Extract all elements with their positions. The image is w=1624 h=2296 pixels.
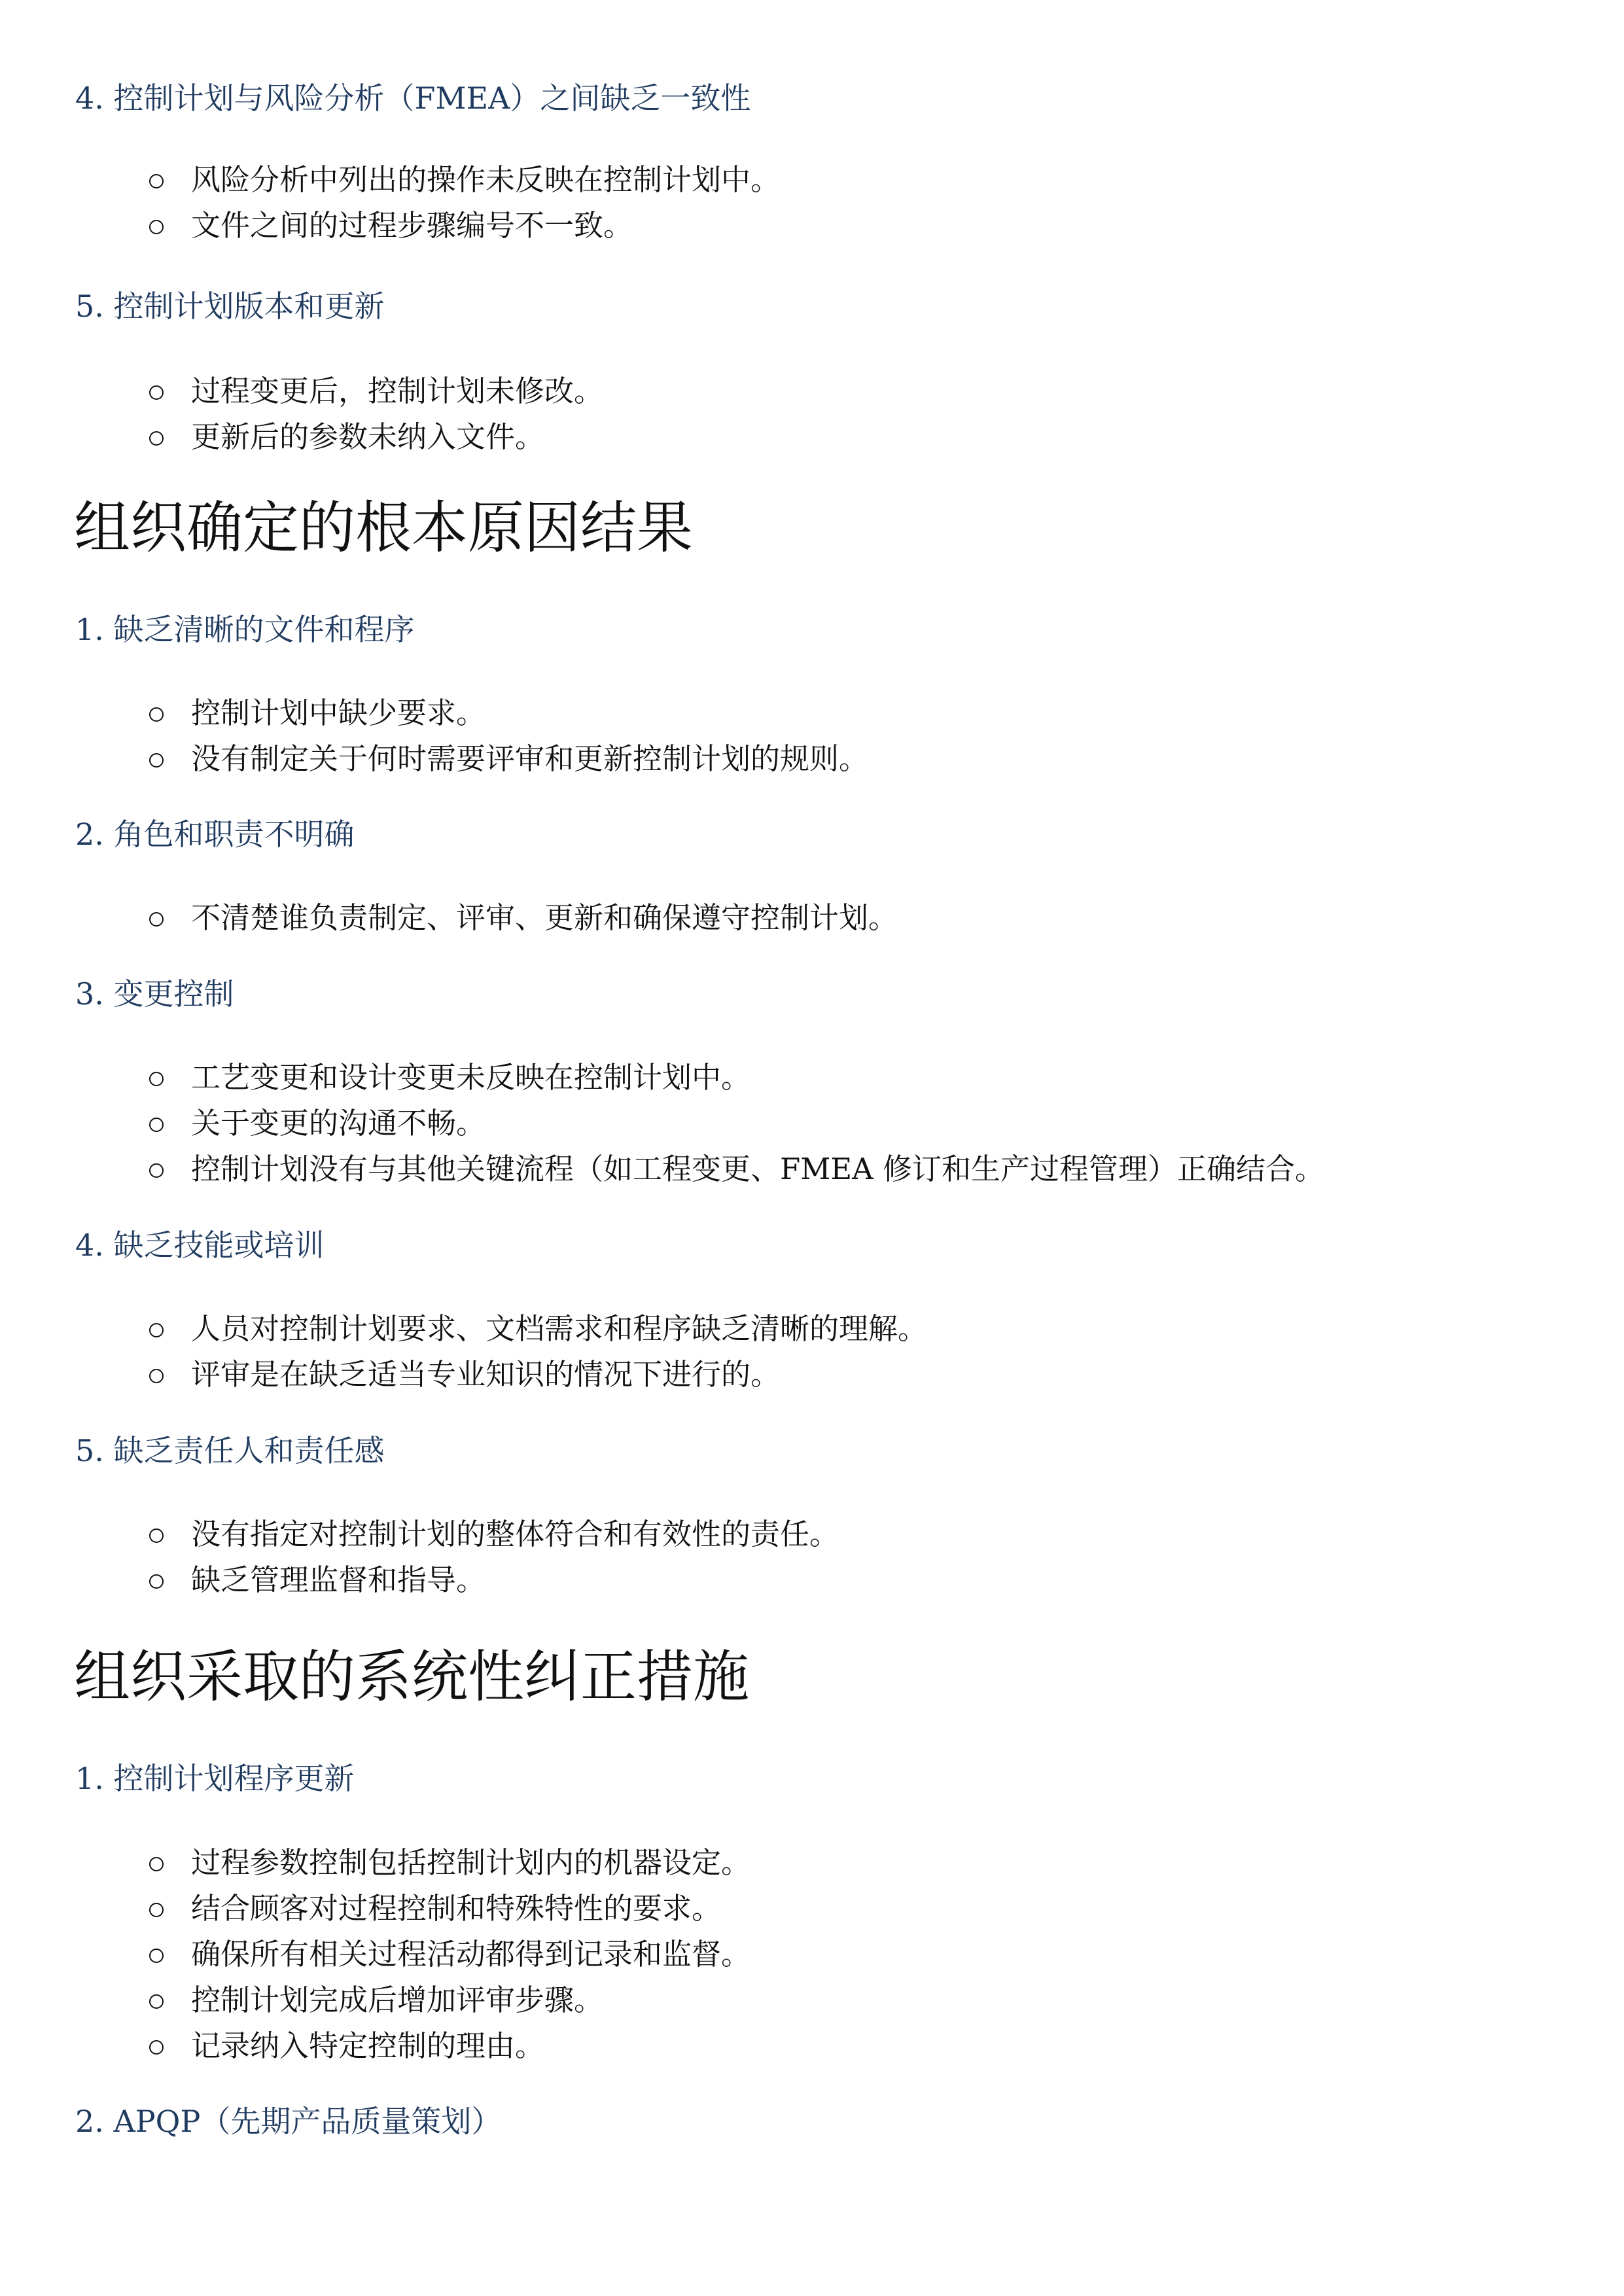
- hollow-circle-bullet-icon: [149, 1994, 164, 2009]
- list-item: 没有制定关于何时需要评审和更新控制计划的规则。: [149, 736, 868, 782]
- hollow-circle-bullet-icon: [149, 1857, 164, 1871]
- list-item: 风险分析中列出的操作未反映在控制计划中。: [149, 157, 780, 203]
- subheading-root-cause-3: 3. 变更控制: [75, 971, 234, 1017]
- hollow-circle-bullet-icon: [149, 2040, 164, 2055]
- list-item: 结合顾客对过程控制和特殊特性的要求。: [149, 1886, 721, 1932]
- list-item: 确保所有相关过程活动都得到记录和监督。: [149, 1932, 750, 1977]
- list-item: 控制计划中缺少要求。: [149, 690, 485, 736]
- hollow-circle-bullet-icon: [149, 1903, 164, 1917]
- hollow-circle-bullet-icon: [149, 1072, 164, 1086]
- list-item: 文件之间的过程步骤编号不一致。: [149, 203, 633, 249]
- list-item: 过程参数控制包括控制计划内的机器设定。: [149, 1840, 750, 1886]
- list-item: 缺乏管理监督和指导。: [149, 1557, 485, 1603]
- list-item: 没有指定对控制计划的整体符合和有效性的责任。: [149, 1511, 839, 1557]
- hollow-circle-bullet-icon: [149, 1949, 164, 1963]
- hollow-circle-bullet-icon: [149, 1163, 164, 1178]
- document-page: 4. 控制计划与风险分析（FMEA）之间缺乏一致性 风险分析中列出的操作未反映在…: [0, 0, 1624, 2296]
- subheading-root-cause-4: 4. 缺乏技能或培训: [75, 1222, 325, 1268]
- hollow-circle-bullet-icon: [149, 1118, 164, 1132]
- subheading-fmea-consistency: 4. 控制计划与风险分析（FMEA）之间缺乏一致性: [75, 75, 750, 121]
- hollow-circle-bullet-icon: [149, 174, 164, 188]
- list-item: 关于变更的沟通不畅。: [149, 1101, 485, 1146]
- hollow-circle-bullet-icon: [149, 220, 164, 234]
- list-item: 记录纳入特定控制的理由。: [149, 2023, 544, 2069]
- list-item: 控制计划没有与其他关键流程（如工程变更、FMEA 修订和生产过程管理）正确结合。: [149, 1146, 1324, 1192]
- subheading-version-update: 5. 控制计划版本和更新: [75, 283, 385, 329]
- section-heading-corrective-actions: 组织采取的系统性纠正措施: [74, 1641, 749, 1713]
- list-item: 更新后的参数未纳入文件。: [149, 414, 544, 460]
- subheading-root-cause-5: 5. 缺乏责任人和责任感: [75, 1428, 385, 1474]
- hollow-circle-bullet-icon: [149, 753, 164, 768]
- list-item: 评审是在缺乏适当专业知识的情况下进行的。: [149, 1352, 780, 1398]
- list-item: 工艺变更和设计变更未反映在控制计划中。: [149, 1055, 750, 1101]
- hollow-circle-bullet-icon: [149, 385, 164, 400]
- list-item: 人员对控制计划要求、文档需求和程序缺乏清晰的理解。: [149, 1306, 927, 1352]
- hollow-circle-bullet-icon: [149, 431, 164, 446]
- hollow-circle-bullet-icon: [149, 1323, 164, 1337]
- subheading-root-cause-2: 2. 角色和职责不明确: [75, 811, 355, 857]
- section-heading-root-cause: 组织确定的根本原因结果: [74, 492, 693, 564]
- hollow-circle-bullet-icon: [149, 1574, 164, 1589]
- subheading-corrective-2-apqp: 2. APQP（先期产品质量策划）: [75, 2098, 501, 2144]
- hollow-circle-bullet-icon: [149, 912, 164, 927]
- list-item: 不清楚谁负责制定、评审、更新和确保遵守控制计划。: [149, 895, 898, 941]
- subheading-root-cause-1: 1. 缺乏清晰的文件和程序: [75, 607, 415, 652]
- hollow-circle-bullet-icon: [149, 707, 164, 722]
- list-item: 控制计划完成后增加评审步骤。: [149, 1977, 603, 2023]
- hollow-circle-bullet-icon: [149, 1528, 164, 1543]
- list-item: 过程变更后，控制计划未修改。: [149, 368, 603, 414]
- subheading-corrective-1: 1. 控制计划程序更新: [75, 1756, 355, 1801]
- hollow-circle-bullet-icon: [149, 1369, 164, 1383]
